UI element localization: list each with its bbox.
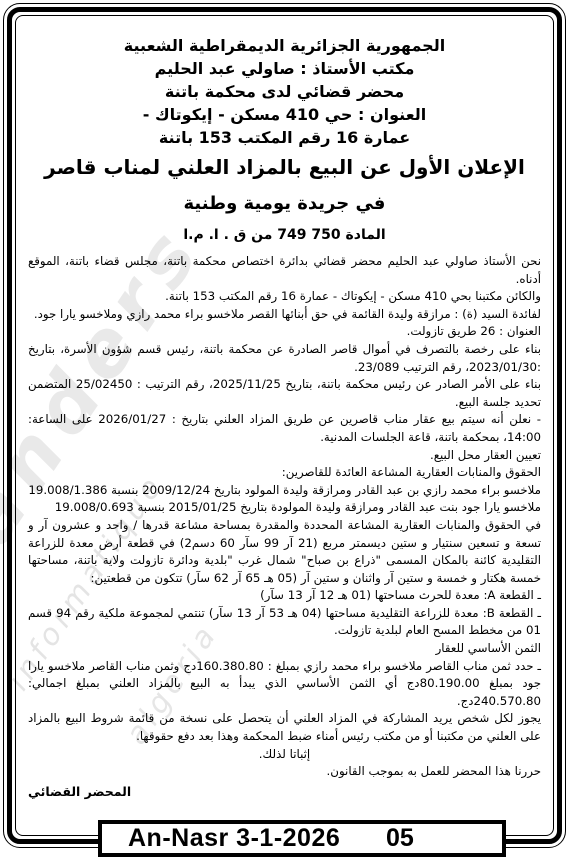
header-line: العنوان : حي 410 مسكن - إيكوتاك - (28, 103, 541, 126)
header-line: الجمهورية الجزائرية الديمقراطية الشعبية (28, 34, 541, 57)
body-paragraph: بناء على الأمر الصادر عن رئيس محكمة باتن… (28, 376, 541, 411)
body-paragraph: ـ القطعة B: معدة للزراعة التقليدية مساحت… (28, 605, 541, 640)
body-paragraph: الثمن الأساسي للعقار (28, 640, 541, 658)
body-paragraph: - نعلن أنه سيتم بيع عقار مناب قاصرين عن … (28, 411, 541, 446)
body-paragraph: نحن الأستاذ صاولي عبد الحليم محضر قضائي … (28, 253, 541, 288)
body-paragraph: والكائن مكتبنا بحي 410 مسكن - إيكوتاك - … (28, 288, 541, 306)
header-line: عمارة 16 رقم المكتب 153 باتنة (28, 126, 541, 149)
body-paragraph: تعيين العقار محل البيع. (28, 447, 541, 465)
body-paragraph: بناء على رخصة بالتصرف في أموال قاصر الصا… (28, 341, 541, 376)
body-paragraph: لفائدة السيد (ة) : مرازقة وليدة القائمة … (28, 306, 541, 324)
ad-title: الإعلان الأول عن البيع بالمزاد العلني لم… (28, 149, 541, 185)
ad-subtitle: في جريدة يومية وطنية (28, 185, 541, 223)
newspaper-name-date: An-Nasr 3-1-2026 (128, 824, 340, 853)
body-paragraph: الحقوق والمنابات العقارية المشاعة العائد… (28, 464, 541, 482)
body-paragraph: ـ القطعة A: معدة للحرث مساحتها (01 هـ 12… (28, 587, 541, 605)
header-line: مكتب الأستاذ : صاولي عبد الحليم (28, 57, 541, 80)
body-paragraph: العنوان : 26 طريق تازولت. (28, 323, 541, 341)
newspaper-ad-page: anders informatique algeria الجمهورية ال… (0, 0, 569, 868)
body-paragraph: حررنا هذا المحضر للعمل به بموجب القانون. (28, 763, 541, 781)
body-paragraph: ـ حدد ثمن مناب القاصر ملاخسو براء محمد ر… (28, 658, 541, 711)
body-paragraph: ملاخسو براء محمد رازي بن عبد القادر ومرا… (28, 482, 541, 500)
page-number: 05 (386, 824, 414, 853)
body-paragraph: يجوز لكل شخص يريد المشاركة في المزاد الع… (28, 710, 541, 745)
ad-body: نحن الأستاذ صاولي عبد الحليم محضر قضائي … (28, 253, 541, 781)
body-paragraph: إثباتا لذلك. (28, 746, 541, 764)
office-header: الجمهورية الجزائرية الديمقراطية الشعبيةم… (28, 34, 541, 149)
legal-article-reference: المادة 750 749 من ق . ا. م.ا (28, 223, 541, 247)
newspaper-footer-bar: An-Nasr 3-1-2026 05 (98, 820, 506, 857)
body-paragraph: في الحقوق والمنابات العقارية المشاعة الم… (28, 517, 541, 587)
signature-label: المحضر القضائي (28, 784, 541, 799)
header-line: محضر قضائي لدى محكمة باتنة (28, 80, 541, 103)
ad-content: الجمهورية الجزائرية الديمقراطية الشعبيةم… (28, 22, 541, 826)
body-paragraph: ملاخسو يارا جود بنت عبد القادر ومرازقة و… (28, 499, 541, 517)
